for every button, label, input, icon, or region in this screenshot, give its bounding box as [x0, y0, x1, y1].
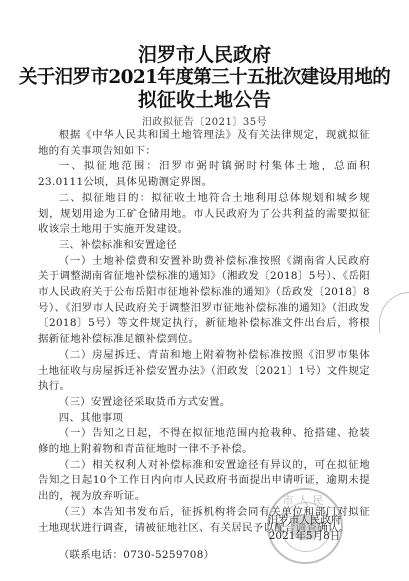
notice-title-line-3: 拟征收土地公告 — [0, 89, 409, 111]
section-1-scope: 一、拟征地范围：汨罗市弼时镇弼时村集体土地，总面积23.0111公顷，具体见勘测… — [38, 159, 370, 190]
margin-mark — [379, 292, 409, 333]
signature-issuer: 汨罗市人民政府 — [262, 512, 347, 528]
section-2-purpose: 二、拟征地目的：拟征收土地符合土地利用总体规划和城乡规划，规划用途为工矿仓储用地… — [38, 191, 370, 238]
section-3-item-1: （一）土地补偿费和安置补助费补偿标准按照《湖南省人民政府关于调整湖南省征地补偿标… — [38, 254, 370, 348]
section-3-item-2: （二）房屋拆迁、青苗和地上附着物补偿标准按照《汨罗市集体土地征收与房屋拆迁补偿安… — [38, 348, 370, 395]
document-page: 汨罗市人民政府 关于汨罗市2021年度第三十五批次建设用地的 拟征收土地公告 汨… — [0, 0, 409, 581]
section-3-heading: 三、补偿标准和安置途径 — [38, 238, 370, 254]
signature-date: 2021年5月8日 — [262, 528, 347, 544]
signature-block: 汨罗市人民政府 2021年5月8日 — [262, 512, 347, 544]
section-4-item-1: （一）告知之日起，不得在拟征地范围内抢栽种、抢搭建、抢装修的地上附着物和青苗征地… — [38, 426, 370, 457]
document-number: 汨政拟征告〔2021〕35号 — [0, 113, 409, 128]
section-3-item-3: （三）安置途径采取货币方式安置。 — [38, 395, 370, 411]
issuer-title: 汨罗市人民政府 — [0, 44, 409, 66]
intro-paragraph: 根据《中华人民共和国土地管理法》及有关法律规定，现就拟征地的有关事项告知如下： — [38, 128, 370, 159]
notice-title-line-2: 关于汨罗市2021年度第三十五批次建设用地的 — [0, 67, 409, 89]
section-4-heading: 四、其他事项 — [38, 411, 370, 427]
